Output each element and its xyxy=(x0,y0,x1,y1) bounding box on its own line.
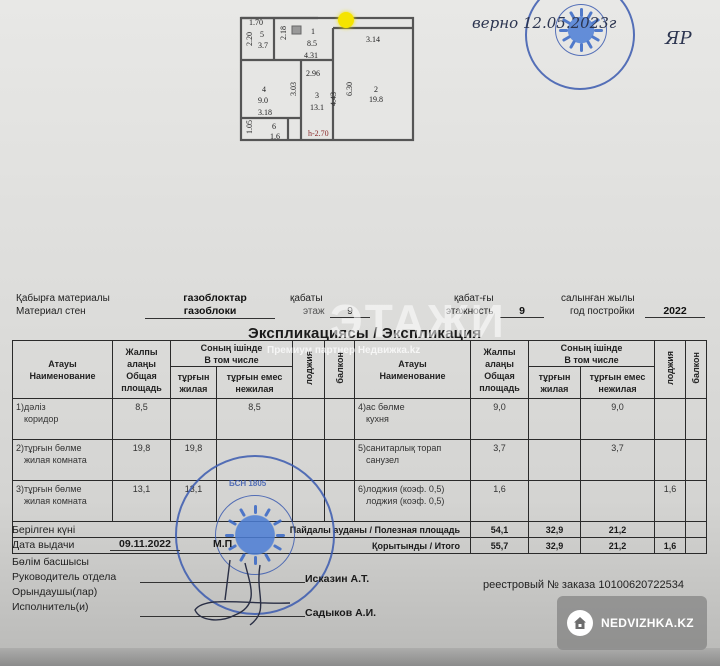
stamp-mark: М.П xyxy=(213,538,232,550)
header-name-left: АтауыНаименование xyxy=(13,341,113,399)
room-name-left: 2)тұрғын бөлмежилая комната xyxy=(13,440,113,481)
header-nonliving-left: тұрғын емеснежилая xyxy=(217,367,293,399)
cell-nonliving-right xyxy=(581,481,655,522)
floor-label-kz: қабаты xyxy=(290,293,323,305)
cell-loggia-left xyxy=(293,399,325,440)
svg-text:4.43: 4.43 xyxy=(329,92,338,106)
svg-text:3.18: 3.18 xyxy=(258,108,272,117)
nedvizhka-badge[interactable]: NEDVIZHKA.KZ xyxy=(557,596,707,650)
svg-text:1.70: 1.70 xyxy=(249,18,263,27)
svg-text:3: 3 xyxy=(315,91,319,100)
cell-living-right xyxy=(529,440,581,481)
cell-loggia-right xyxy=(655,399,686,440)
useful-living: 32,9 xyxy=(529,522,581,538)
header-living-right: тұрғынжилая xyxy=(529,367,581,399)
room-name-left: 1)дәлізкоридор xyxy=(13,399,113,440)
room-name-left: 3)тұрғын бөлмежилая комната xyxy=(13,481,113,522)
exec-name: Садыков А.И. xyxy=(305,607,376,619)
header-nonliving-right: тұрғын емеснежилая xyxy=(581,367,655,399)
cell-loggia-right xyxy=(655,440,686,481)
year-value: 2022 xyxy=(645,305,705,318)
table-row: 3)тұрғын бөлмежилая комната13,113,16)лод… xyxy=(13,481,707,522)
svg-text:3.14: 3.14 xyxy=(366,35,380,44)
svg-text:6: 6 xyxy=(272,122,276,131)
floor-plan: 1.70 5 3.7 2.20 2.18 1 8.5 4.31 3.14 2 1… xyxy=(238,12,416,142)
useful-loggia xyxy=(655,522,686,538)
svg-text:2.20: 2.20 xyxy=(245,32,254,46)
handwritten-initials: ЯР xyxy=(665,28,692,49)
svg-text:2.96: 2.96 xyxy=(306,69,320,78)
svg-text:4: 4 xyxy=(262,85,266,94)
bottom-edge xyxy=(0,648,720,666)
cell-living-right xyxy=(529,481,581,522)
house-icon xyxy=(567,610,593,636)
svg-text:3.7: 3.7 xyxy=(258,41,268,50)
wall-material-label-kz: Қабырға материалы xyxy=(16,293,110,305)
badge-text: NEDVIZHKA.KZ xyxy=(601,616,694,630)
cell-total-left: 19,8 xyxy=(113,440,171,481)
table-row: 2)тұрғын бөлмежилая комната19,819,85)сан… xyxy=(13,440,707,481)
svg-text:6.30: 6.30 xyxy=(345,82,354,96)
cell-total-right: 3,7 xyxy=(471,440,529,481)
issued-label-kz: Берілген күні xyxy=(12,523,75,538)
svg-text:8.5: 8.5 xyxy=(307,39,317,48)
issued-label-ru: Дата выдачи xyxy=(12,538,74,553)
exec-label-ru: Исполнитель(и) xyxy=(12,600,89,615)
svg-text:4.31: 4.31 xyxy=(304,51,318,60)
head-label-kz: Бөлім басшысы xyxy=(12,555,89,570)
cell-nonliving-right: 9,0 xyxy=(581,399,655,440)
room-name-right: 4)ас бөлмекухня xyxy=(355,399,471,440)
wall-material-value-ru: газоблоки xyxy=(145,305,275,319)
cursor-highlight-dot xyxy=(338,12,354,28)
useful-balcony xyxy=(686,522,707,538)
stamp-bin-text: БСН 1805 xyxy=(229,479,266,488)
header-total-left: Жалпы алаңыОбщая площадь xyxy=(113,341,171,399)
cell-total-right: 1,6 xyxy=(471,481,529,522)
useful-area-row: Пайдалы ауданы / Полезная площадь 54,1 3… xyxy=(13,522,707,538)
cell-balcony-right xyxy=(686,399,707,440)
room-name-right: 6)лоджия (коэф. 0,5)лоджия (коэф. 0,5) xyxy=(355,481,471,522)
head-label-ru: Руководитель отдела xyxy=(12,570,116,585)
svg-text:2.18: 2.18 xyxy=(279,26,288,40)
useful-nonliving: 21,2 xyxy=(581,522,655,538)
wall-material-value-kz: газоблоктар xyxy=(160,292,270,304)
watermark-logo: ЭТАЖИ xyxy=(330,294,506,348)
svg-text:13.1: 13.1 xyxy=(310,103,324,112)
cell-total-right: 9,0 xyxy=(471,399,529,440)
issued-date: 09.11.2022 xyxy=(110,538,180,551)
svg-text:2: 2 xyxy=(374,85,378,94)
cell-living-left xyxy=(171,399,217,440)
year-label-kz: салынған жылы xyxy=(561,293,635,305)
room-name-right: 5)санитарлық торапсанузел xyxy=(355,440,471,481)
cell-total-left: 8,5 xyxy=(113,399,171,440)
table-row: 1)дәлізкоридор8,58,54)ас бөлмекухня9,09,… xyxy=(13,399,707,440)
svg-text:9.0: 9.0 xyxy=(258,96,268,105)
grand-living: 32,9 xyxy=(529,538,581,554)
year-label-ru: год постройки xyxy=(570,306,635,318)
cell-living-right xyxy=(529,399,581,440)
grand-nonliving: 21,2 xyxy=(581,538,655,554)
svg-text:1.6: 1.6 xyxy=(270,132,280,141)
cell-balcony-right xyxy=(686,440,707,481)
svg-text:1.05: 1.05 xyxy=(245,120,254,134)
svg-text:19.8: 19.8 xyxy=(369,95,383,104)
useful-total: 54,1 xyxy=(471,522,529,538)
exec-label-kz: Орындаушы(лар) xyxy=(12,585,97,600)
handwritten-note: верно 12.05.2023г xyxy=(472,14,616,32)
wall-material-label-ru: Материал стен xyxy=(16,306,86,318)
cell-total-left: 13,1 xyxy=(113,481,171,522)
floor-label-ru: этаж xyxy=(303,306,325,318)
floors-value: 9 xyxy=(500,305,544,318)
header-balcony-right: балкон xyxy=(686,341,707,399)
header-incl-right: Соның ішіндеВ том числе xyxy=(529,341,655,367)
cell-loggia-right: 1,6 xyxy=(655,481,686,522)
svg-text:3.03: 3.03 xyxy=(289,82,298,96)
grand-balcony xyxy=(686,538,707,554)
header-total-right: Жалпы алаңыОбщая площадь xyxy=(471,341,529,399)
signature-scribble xyxy=(190,555,300,630)
svg-text:1: 1 xyxy=(311,27,315,36)
svg-text:5: 5 xyxy=(260,30,264,39)
registry-number: реестровый № заказа 10100620722534 xyxy=(483,578,684,593)
cell-nonliving-left: 8,5 xyxy=(217,399,293,440)
cell-balcony-right xyxy=(686,481,707,522)
grand-total: 55,7 xyxy=(471,538,529,554)
header-loggia-right: лоджия xyxy=(655,341,686,399)
grand-loggia: 1,6 xyxy=(655,538,686,554)
floor-plan-drawing: 1.70 5 3.7 2.20 2.18 1 8.5 4.31 3.14 2 1… xyxy=(238,12,416,142)
cell-balcony-left xyxy=(325,399,355,440)
explication-table: АтауыНаименование Жалпы алаңыОбщая площа… xyxy=(12,340,707,554)
svg-text:h-2.70: h-2.70 xyxy=(308,129,329,138)
head-name: Исказин А.Т. xyxy=(305,573,369,585)
cell-balcony-left xyxy=(325,440,355,481)
header-living-left: тұрғынжилая xyxy=(171,367,217,399)
watermark-partner: Премиум партнер Недвижка.kz xyxy=(267,345,420,356)
cell-nonliving-right: 3,7 xyxy=(581,440,655,481)
